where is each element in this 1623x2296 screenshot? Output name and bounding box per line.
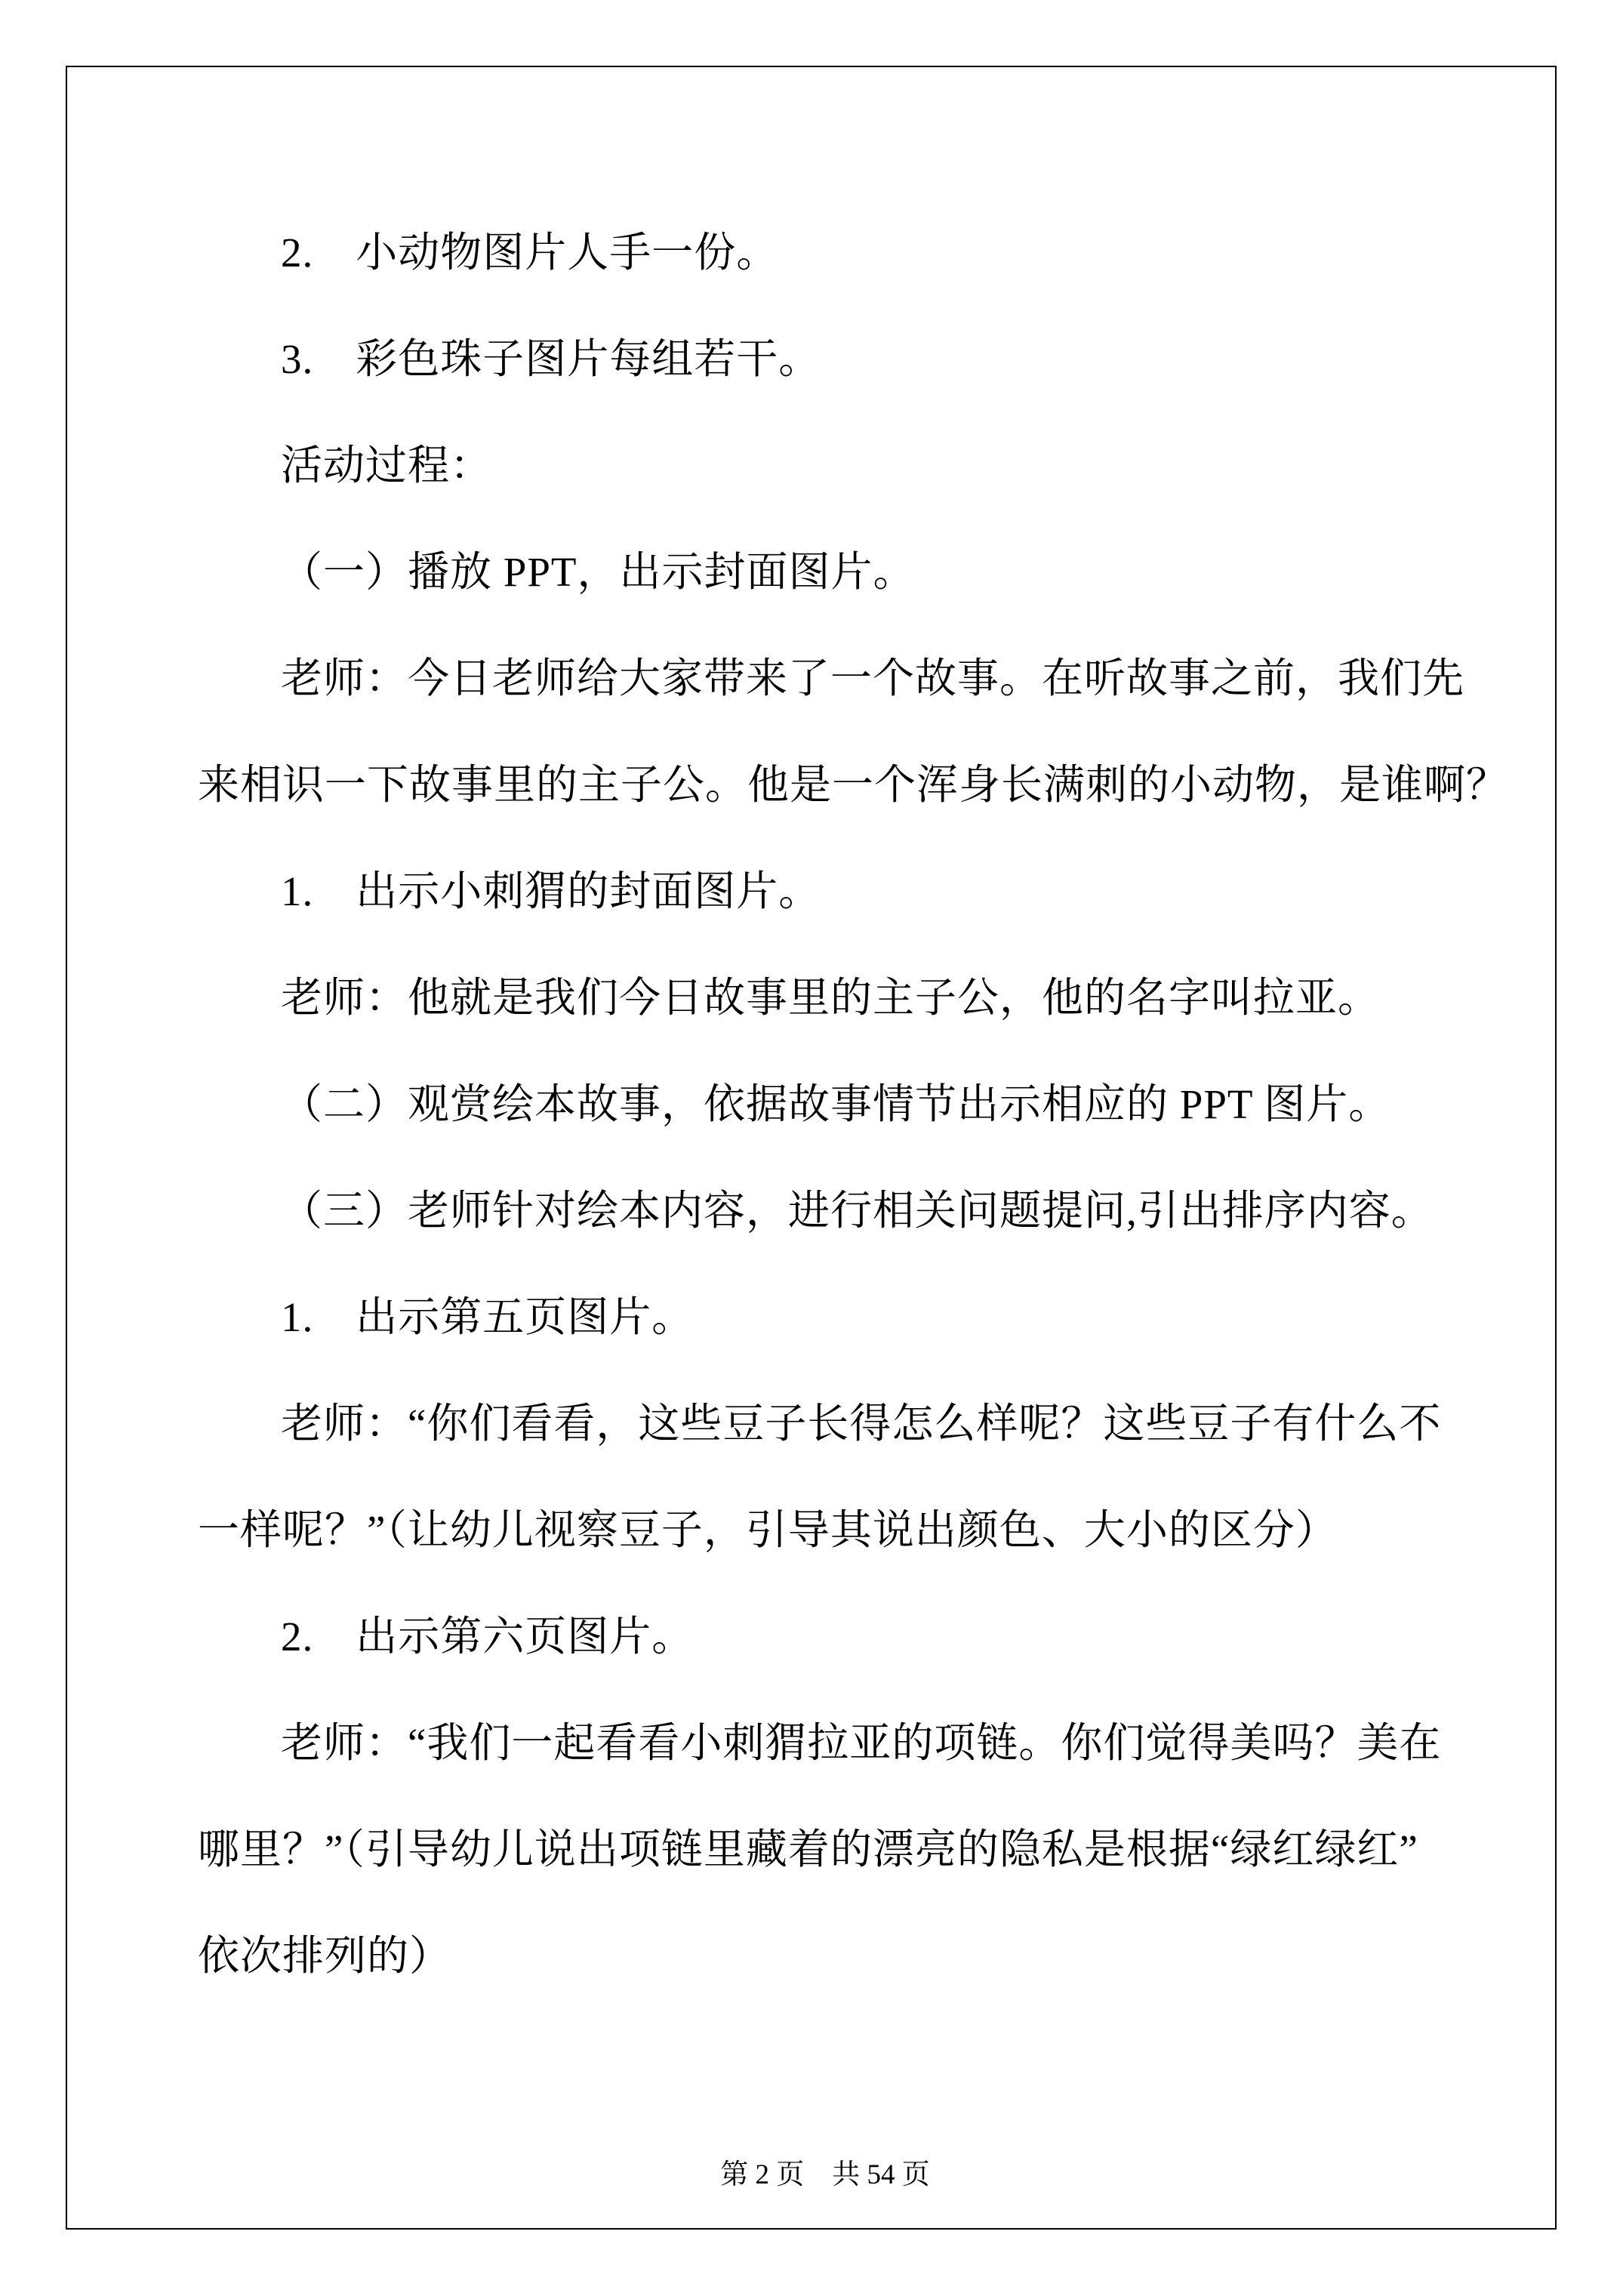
text-line: 活动过程： <box>198 412 1511 519</box>
text-line: （二）观赏绘本故事，依据故事情节出示相应的 PPT 图片。 <box>198 1051 1511 1157</box>
page-footer: 第 2 页 共 54 页 <box>66 2119 1557 2232</box>
page-number: 第 2 页 共 54 页 <box>720 2159 930 2190</box>
text-line: 哪里？”（引导幼儿说出项链里藏着的漂亮的隐私是根据“绿红绿红” <box>198 1796 1511 1903</box>
text-line: （三）老师针对绘本内容，进行相关问题提问,引出排序内容。 <box>198 1157 1511 1264</box>
text-line: 来相识一下故事里的主子公。他是一个浑身长满刺的小动物，是谁啊？ <box>198 732 1511 838</box>
text-line: 2. 出示第六页图片。 <box>198 1583 1511 1690</box>
text-line: （一）播放 PPT，出示封面图片。 <box>198 519 1511 625</box>
text-line: 依次排列的） <box>198 1903 1511 2009</box>
text-line: 老师：“我们一起看看小刺猬拉亚的项链。你们觉得美吗？美在 <box>198 1690 1511 1796</box>
text-line: 一样呢？”（让幼儿视察豆子，引导其说出颜色、大小的区分） <box>198 1477 1511 1583</box>
text-line: 老师：今日老师给大家带来了一个故事。在听故事之前，我们先 <box>198 625 1511 732</box>
text-line: 老师：“你们看看，这些豆子长得怎么样呢？这些豆子有什么不 <box>198 1370 1511 1477</box>
text-line: 1. 出示小刺猬的封面图片。 <box>198 838 1511 945</box>
document-body: 2. 小动物图片人手一份。3. 彩色珠子图片每组若干。活动过程：（一）播放 PP… <box>198 199 1511 2009</box>
text-line: 3. 彩色珠子图片每组若干。 <box>198 306 1511 412</box>
text-line: 1. 出示第五页图片。 <box>198 1264 1511 1370</box>
document-page: 2. 小动物图片人手一份。3. 彩色珠子图片每组若干。活动过程：（一）播放 PP… <box>0 0 1623 2296</box>
text-line: 老师：他就是我们今日故事里的主子公，他的名字叫拉亚。 <box>198 945 1511 1051</box>
text-line: 2. 小动物图片人手一份。 <box>198 199 1511 306</box>
